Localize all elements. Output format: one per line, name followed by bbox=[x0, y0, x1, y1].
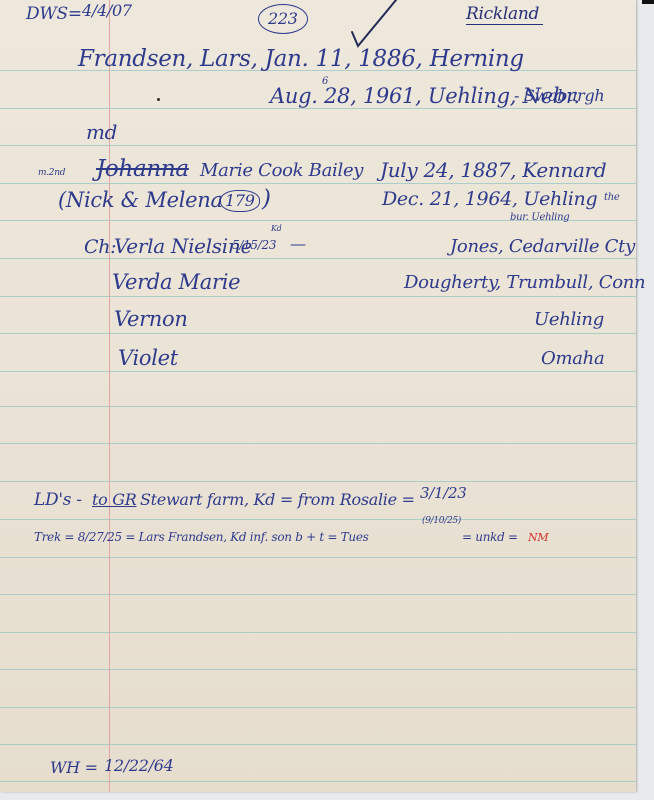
ruled-line bbox=[0, 669, 636, 670]
notes-underlined: to GR bbox=[92, 490, 136, 509]
spouse-name-crossed: Johanna bbox=[96, 156, 189, 182]
spouse-burial-note: bur. Uehling bbox=[510, 212, 569, 223]
ruled-line bbox=[0, 594, 636, 595]
child-name: Verda Marie bbox=[112, 270, 240, 294]
child-name: Vernon bbox=[114, 307, 188, 331]
ruled-line bbox=[0, 744, 636, 745]
married-label: md bbox=[86, 120, 117, 144]
date-correction: 6 bbox=[322, 76, 328, 87]
spouse-name: Marie Cook Bailey bbox=[200, 160, 363, 181]
spouse-birth: July 24, 1887, Kennard bbox=[380, 158, 606, 182]
ruled-paper-sheet: DWS= 4/4/07 223 Rickland Frandsen, Lars,… bbox=[0, 0, 636, 792]
child-dash: — bbox=[290, 234, 306, 253]
spouse-death-note: the bbox=[604, 192, 619, 203]
margin-line bbox=[109, 0, 110, 792]
child-residence: Jones, Cedarville Cty bbox=[450, 236, 635, 257]
ruled-line bbox=[0, 557, 636, 558]
spouse-parents-ref: 179 bbox=[220, 190, 260, 212]
dws-label: DWS= bbox=[26, 4, 82, 24]
spouse-death: Dec. 21, 1964, Uehling bbox=[382, 188, 597, 210]
notes-prefix: LD's - bbox=[34, 490, 82, 510]
children-label: Ch: bbox=[84, 236, 116, 258]
ruled-line bbox=[0, 108, 636, 109]
child-residence: Omaha bbox=[541, 348, 604, 369]
checkmark-icon bbox=[350, 0, 400, 48]
ink-dot bbox=[157, 98, 160, 101]
spouse-parents-close: ) bbox=[262, 186, 271, 212]
wh-date: 12/22/64 bbox=[104, 756, 173, 775]
location: Rickland bbox=[466, 4, 543, 25]
wh-label: WH = bbox=[50, 758, 98, 777]
ruled-line bbox=[0, 183, 636, 184]
child-date: 5/15/23 bbox=[232, 238, 276, 252]
second-marriage-note: m.2nd bbox=[38, 168, 65, 178]
ruled-line bbox=[0, 371, 636, 372]
ruled-line bbox=[0, 632, 636, 633]
ruled-line bbox=[0, 258, 636, 259]
scan-edge bbox=[642, 0, 654, 4]
dws-date: 4/4/07 bbox=[82, 1, 132, 20]
ruled-line bbox=[0, 443, 636, 444]
ruled-line bbox=[0, 333, 636, 334]
ruled-line bbox=[0, 296, 636, 297]
notes-farm: Stewart farm, Kd = from Rosalie = bbox=[140, 490, 415, 509]
spouse-parents: (Nick & Melena bbox=[58, 188, 223, 212]
notes-red-initials: NM bbox=[528, 531, 548, 544]
notes-trek: Trek = 8/27/25 = Lars Frandsen, Kd inf. … bbox=[34, 530, 368, 544]
child-name: Violet bbox=[118, 346, 178, 370]
ruled-line bbox=[0, 406, 636, 407]
record-number: 223 bbox=[258, 4, 308, 34]
ruled-line bbox=[0, 519, 636, 520]
child-residence: Dougherty, Trumbull, Conn bbox=[404, 272, 645, 293]
notes-date: 3/1/23 bbox=[420, 484, 466, 502]
subject-burial-place: - Swaburgh bbox=[514, 86, 604, 105]
ruled-line bbox=[0, 481, 636, 482]
child-date-note: Kd bbox=[271, 224, 282, 233]
ruled-line bbox=[0, 145, 636, 146]
ruled-line bbox=[0, 707, 636, 708]
notes-trek-end: = unkd = bbox=[462, 530, 518, 544]
ruled-line bbox=[0, 781, 636, 782]
notes-trek-date: (9/10/25) bbox=[422, 516, 461, 526]
child-residence: Uehling bbox=[534, 309, 604, 330]
subject-birth-line: Frandsen, Lars, Jan. 11, 1886, Herning bbox=[78, 46, 524, 72]
